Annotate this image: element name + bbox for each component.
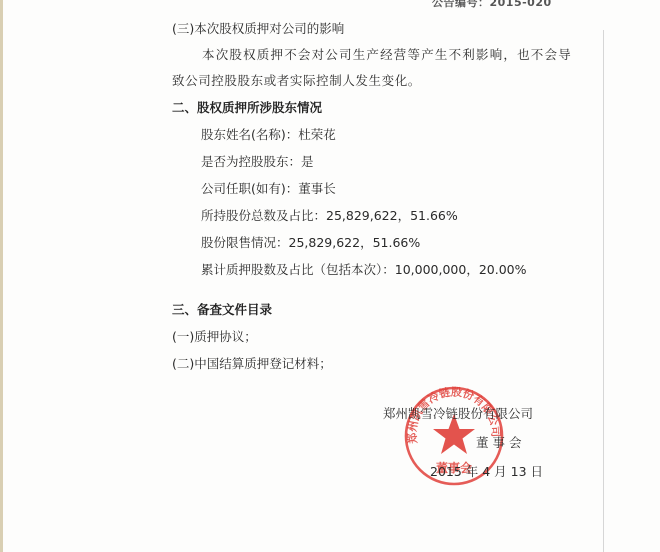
announcement-number: 公告编号：2015-020 <box>432 0 552 10</box>
is-controlling-shareholder: 是否为控股股东：是 <box>201 154 314 170</box>
section-2-title: 二、股权质押所涉股东情况 <box>172 100 322 116</box>
restricted-shares: 股份限售情况：25,829,622，51.66% <box>201 235 420 251</box>
page-margin-rule <box>603 30 604 552</box>
shareholder-name: 股东姓名(名称)：杜荣花 <box>201 127 336 143</box>
total-shares-held: 所持股份总数及占比：25,829,622，51.66% <box>201 208 458 224</box>
page-left-edge <box>0 0 3 552</box>
signature-board: 董 事 会 <box>476 435 521 451</box>
subsection-3-title: (三)本次股权质押对公司的影响 <box>172 21 344 37</box>
reference-doc-2: (二)中国结算质押登记材料； <box>172 356 332 372</box>
impact-paragraph-line-2: 致公司控股股东或者实际控制人发生变化。 <box>172 73 421 89</box>
reference-doc-1: (一)质押协议； <box>172 329 257 345</box>
cumulative-pledged-shares: 累计质押股数及占比（包括本次）：10,000,000，20.00% <box>201 262 526 278</box>
signature-company-name: 郑州凯雪冷链股份有限公司 <box>383 406 533 422</box>
signature-date: 2015 年 4 月 13 日 <box>430 464 543 480</box>
company-position: 公司任职(如有)：董事长 <box>201 181 336 197</box>
impact-paragraph-line-1: 本次股权质押不会对公司生产经营等产生不利影响，也不会导 <box>202 47 572 63</box>
section-3-title: 三、备查文件目录 <box>172 302 272 318</box>
